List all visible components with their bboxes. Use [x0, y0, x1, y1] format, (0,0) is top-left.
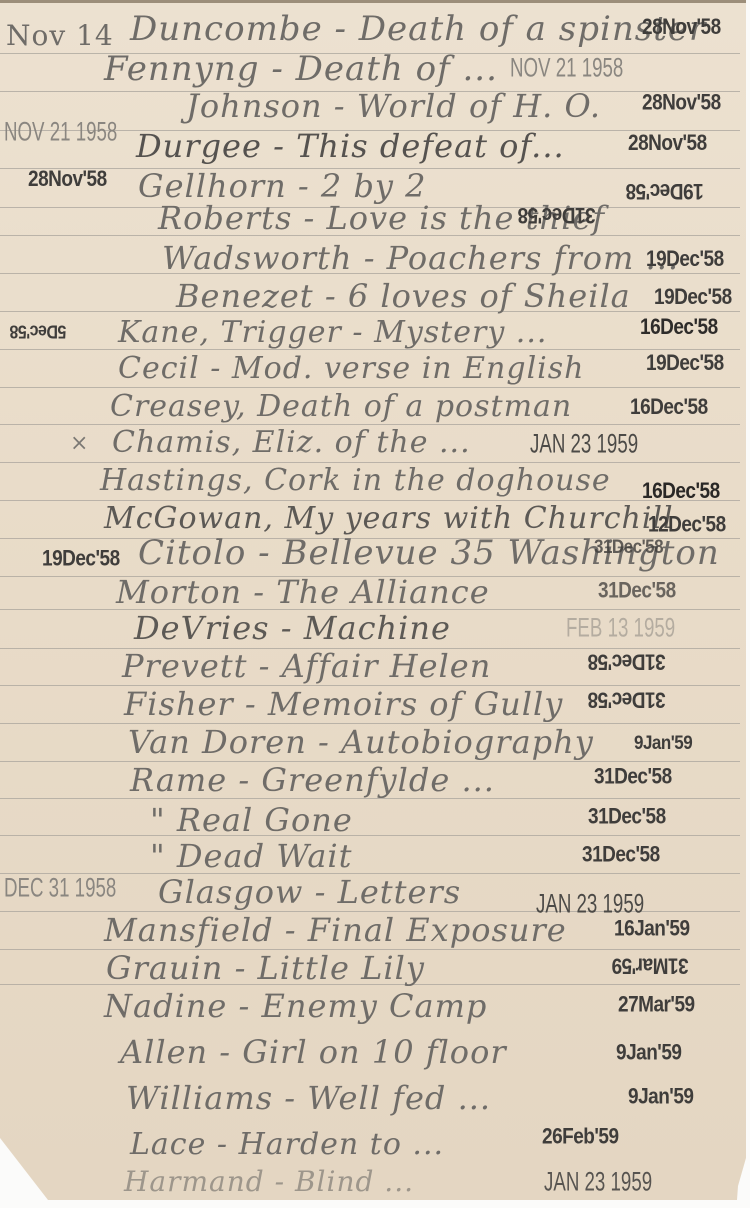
- entry-text: Hastings, Cork in the doghouse: [100, 463, 611, 498]
- entry-text: Glasgow - Letters: [158, 873, 461, 911]
- entry-text: Johnson - World of H. O.: [186, 87, 601, 125]
- entry-text: Morton - The Alliance: [116, 573, 490, 611]
- date-stamp: 31Dec'58: [598, 579, 676, 604]
- entry-text: Prevett - Affair Helen: [122, 647, 491, 685]
- date-stamp: 26Feb'59: [542, 1125, 619, 1150]
- entry-text: Allen - Girl on 10 floor: [120, 1033, 507, 1071]
- entry-text: Williams - Well fed ...: [126, 1079, 491, 1117]
- entry-text: Mansfield - Final Exposure: [104, 911, 567, 949]
- entry-text: Lace - Harden to ...: [130, 1127, 444, 1162]
- date-stamp: 31Dec'58: [594, 765, 672, 790]
- date-stamp-inverted: 31Dec'58: [588, 685, 666, 710]
- date-stamp: 16Jan'59: [614, 917, 690, 942]
- date-stamp-inverted: 19Dec'58: [626, 177, 704, 202]
- entry-text: DeVries - Machine: [134, 609, 451, 647]
- date-stamp: 19Dec'58: [646, 247, 724, 272]
- date-stamp-inverted: 31Dec'58: [518, 201, 596, 226]
- date-stamp: 31Dec'58: [582, 843, 660, 868]
- date-stamp: 9Jan'59: [616, 1041, 681, 1066]
- date-stamp: 28Nov'58: [628, 131, 707, 156]
- date-stamp: 19Dec'58: [646, 351, 724, 376]
- date-stamp-left-inverted: 5Dec'58: [10, 320, 66, 341]
- date-stamp: 16Dec'58: [642, 479, 720, 504]
- date-stamp-left: NOV 21 1958: [4, 116, 117, 147]
- entry-text: Durgee - This defeat of...: [136, 127, 565, 165]
- date-stamp: JAN 23 1959: [530, 428, 638, 459]
- entry-text: McGowan, My years with Churchill: [104, 501, 674, 536]
- entry-text: Duncombe - Death of a spinster: [130, 9, 706, 49]
- entry-text: Rame - Greenfylde ...: [130, 761, 495, 799]
- date-stamp: 28Nov'58: [642, 15, 721, 40]
- ruled-line: [0, 835, 740, 836]
- date-stamp: 9Jan'59: [634, 732, 692, 755]
- date-stamp: NOV 21 1958: [510, 52, 623, 83]
- date-stamp: 16Dec'58: [640, 315, 718, 340]
- entry-text: Van Doren - Autobiography: [128, 723, 594, 761]
- entry-text: Wadsworth - Poachers from ...: [162, 239, 679, 277]
- date-stamp: 16Dec'58: [630, 395, 708, 420]
- date-stamp-left: DEC 31 1958: [4, 872, 116, 903]
- date-stamp-inverted: 31Dec'58: [588, 647, 666, 672]
- date-stamp: 31Dec'58: [588, 805, 666, 830]
- entry-text: Cecil - Mod. verse in English: [118, 351, 584, 386]
- date-stamp: JAN 23 1959: [544, 1166, 652, 1197]
- check-mark: ×: [70, 431, 88, 456]
- date-stamp: 27Mar'59: [618, 993, 695, 1018]
- entry-text: Benezet - 6 loves of Sheila: [176, 277, 631, 315]
- date-stamp: 28Nov'58: [642, 91, 721, 116]
- entry-text: Chamis, Eliz. of the ...: [112, 425, 471, 460]
- circulation-card: Nov 14 Duncombe - Death of a spinster Fe…: [0, 0, 746, 1203]
- ruled-line: [0, 387, 740, 388]
- entry-text: Grauin - Little Lily: [106, 949, 425, 987]
- entry-text: Harmand - Blind ...: [124, 1165, 414, 1198]
- entry-text: " Dead Wait: [150, 837, 353, 875]
- entry-text: Creasey, Death of a postman: [110, 389, 572, 424]
- date-stamp-left: 28Nov'58: [28, 167, 107, 192]
- entry-text: " Real Gone: [150, 801, 353, 839]
- date-stamp-inverted: 31Mar'59: [612, 951, 689, 976]
- date-stamp: JAN 23 1959: [536, 888, 644, 919]
- entry-text: Fisher - Memoirs of Gully: [124, 685, 563, 723]
- entry-text: Fennyng - Death of ...: [104, 49, 498, 89]
- entry-text: Nadine - Enemy Camp: [104, 987, 487, 1025]
- header-note: Nov 14: [6, 19, 114, 52]
- date-stamp: 31Dec'58: [594, 536, 663, 559]
- date-stamp: 19Dec'58: [654, 285, 732, 310]
- entry-text: Kane, Trigger - Mystery ...: [118, 315, 547, 350]
- date-stamp: FEB 13 1959: [566, 612, 675, 643]
- date-stamp: 9Jan'59: [628, 1085, 693, 1110]
- date-stamp-left: 19Dec'58: [42, 547, 120, 572]
